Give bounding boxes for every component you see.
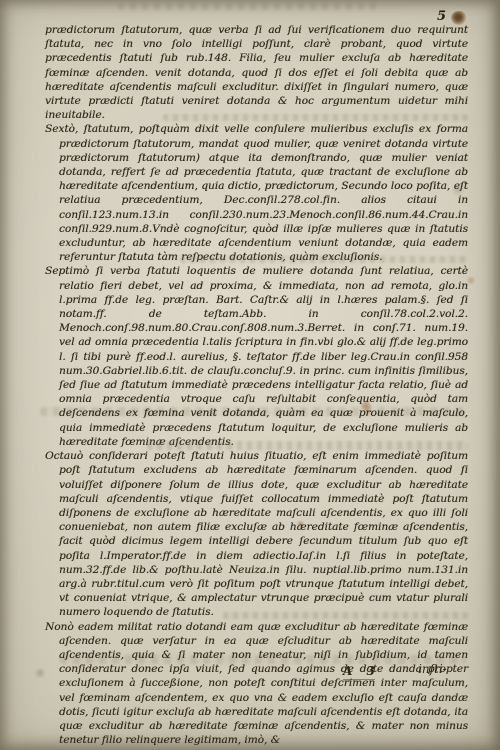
catchword: inſti- — [418, 662, 447, 676]
paragraph-octavo: Octauò conſiderari poteſt ſtatuti huius … — [45, 449, 468, 619]
page-footer: A 3 inſti- — [0, 664, 500, 686]
paragraph-continuation: prædictorum ſtatutorum, quæ verba ſi ad … — [45, 23, 468, 122]
paragraph-sexto: Sextò, ſtatutum, poſtquàm dixit velle co… — [45, 122, 468, 264]
signature-mark: A 3 — [343, 664, 375, 680]
page-number: 5 — [437, 9, 446, 24]
paragraph-septimo: Septimò ſi verba ſtatuti loquentis de mu… — [45, 264, 468, 449]
page-text: prædictorum ſtatutorum, quæ verba ſi ad … — [45, 23, 468, 747]
bleed-through-mark — [118, 3, 378, 10]
scanned-book-page: 5 prædictorum ſtatutorum, quæ verba ſi a… — [0, 0, 500, 750]
